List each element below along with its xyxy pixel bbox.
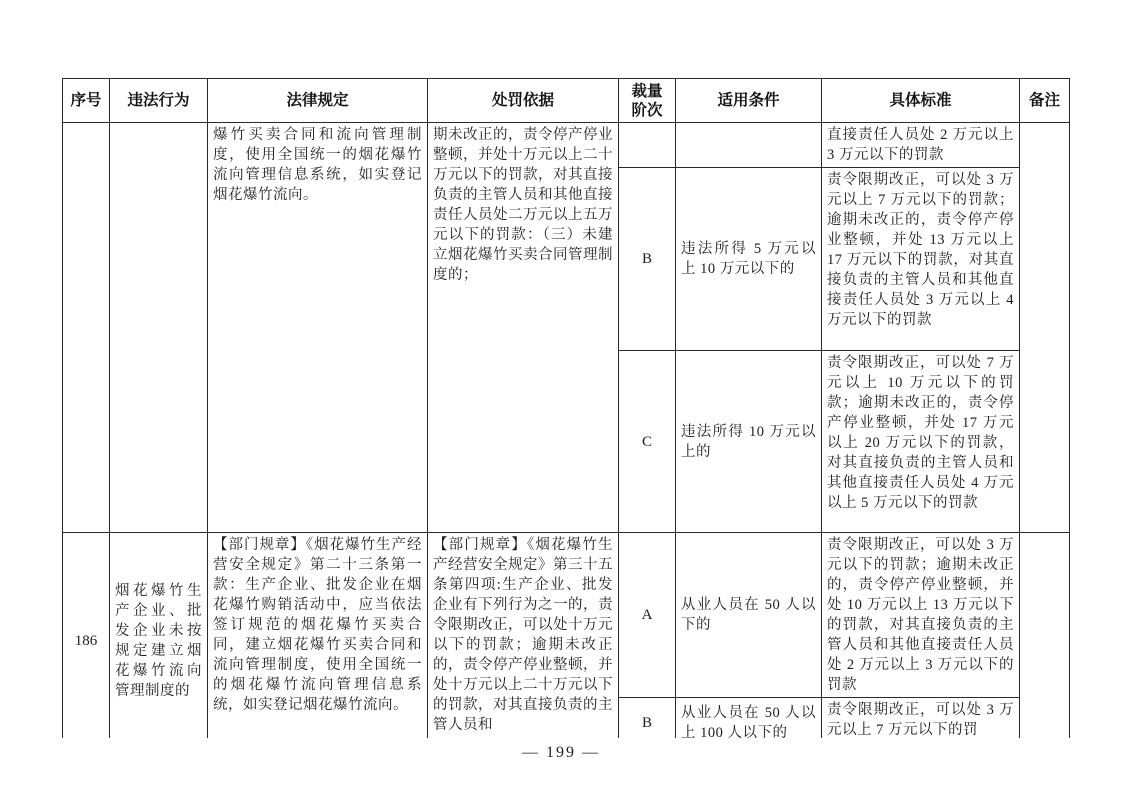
page-number: — 199 — [0,744,1122,762]
cell-discretion-level: C [619,351,676,533]
cell-remark [1020,533,1070,739]
cell-applicable-condition: 违法所得 10 万元以上的 [676,351,822,533]
col-header-penalty-basis: 处罚依据 [428,79,619,123]
col-header-specific-standard: 具体标准 [822,79,1020,123]
col-header-remark: 备注 [1020,79,1070,123]
document-page: 序号 违法行为 法律规定 处罚依据 裁量阶次 适用条件 具体标准 备注 爆竹买卖… [0,0,1122,793]
cell-discretion-level: A [619,533,676,698]
col-header-applicable-condition: 适用条件 [676,79,822,123]
cell-applicable-condition: 从业人员在 50 人以上 100 人以下的 [676,698,822,739]
cell-remark [1020,123,1070,533]
cell-behavior: 烟花爆竹生产企业、批发企业未按规定建立烟花爆竹流向管理制度的 [110,533,208,739]
col-header-behavior: 违法行为 [110,79,208,123]
cell-specific-standard: 责令限期改正，可以处 7 万元以上 10 万元以下的罚款；逾期未改正的，责令停产… [822,351,1020,533]
cell-discretion-level: B [619,168,676,351]
cell-applicable-condition: 从业人员在 50 人以下的 [676,533,822,698]
cell-applicable-condition [676,123,822,168]
col-header-legal-provision: 法律规定 [208,79,428,123]
cell-penalty-basis: 期未改正的，责令停产停业整顿，并处十万元以上二十万元以下的罚款，对其直接负责的主… [428,123,619,533]
table-wrapper: 序号 违法行为 法律规定 处罚依据 裁量阶次 适用条件 具体标准 备注 爆竹买卖… [62,78,1070,738]
col-header-discretion-level: 裁量阶次 [619,79,676,123]
table-row: 爆竹买卖合同和流向管理制度，使用全国统一的烟花爆竹流向管理信息系统，如实登记烟花… [63,123,1070,168]
penalty-standards-table: 序号 违法行为 法律规定 处罚依据 裁量阶次 适用条件 具体标准 备注 爆竹买卖… [62,78,1070,738]
cell-applicable-condition: 违法所得 5 万元以上 10 万元以下的 [676,168,822,351]
cell-specific-standard: 直接责任人员处 2 万元以上 3 万元以下的罚款 [822,123,1020,168]
cell-legal-provision: 爆竹买卖合同和流向管理制度，使用全国统一的烟花爆竹流向管理信息系统，如实登记烟花… [208,123,428,533]
cell-behavior [110,123,208,533]
cell-seq [63,123,110,533]
cell-specific-standard: 责令限期改正，可以处 3 万元以上 7 万元以下的罚款；逾期未改正的，责令停产停… [822,168,1020,351]
cell-seq: 186 [63,533,110,739]
cell-penalty-basis: 【部门规章】《烟花爆竹生产经营安全规定》第三十五条第四项:生产企业、批发企业有下… [428,533,619,739]
cell-specific-standard: 责令限期改正，可以处 3 万元以上 7 万元以下的罚 [822,698,1020,739]
cell-legal-provision: 【部门规章】《烟花爆竹生产经营安全规定》第二十三条第一款：生产企业、批发企业在烟… [208,533,428,739]
cell-discretion-level [619,123,676,168]
table-row: 186 烟花爆竹生产企业、批发企业未按规定建立烟花爆竹流向管理制度的 【部门规章… [63,533,1070,698]
cell-discretion-level: B [619,698,676,739]
cell-specific-standard: 责令限期改正，可以处 3 万元以下的罚款；逾期未改正的，责令停产停业整顿，并处 … [822,533,1020,698]
col-header-seq: 序号 [63,79,110,123]
header-row: 序号 违法行为 法律规定 处罚依据 裁量阶次 适用条件 具体标准 备注 [63,79,1070,123]
